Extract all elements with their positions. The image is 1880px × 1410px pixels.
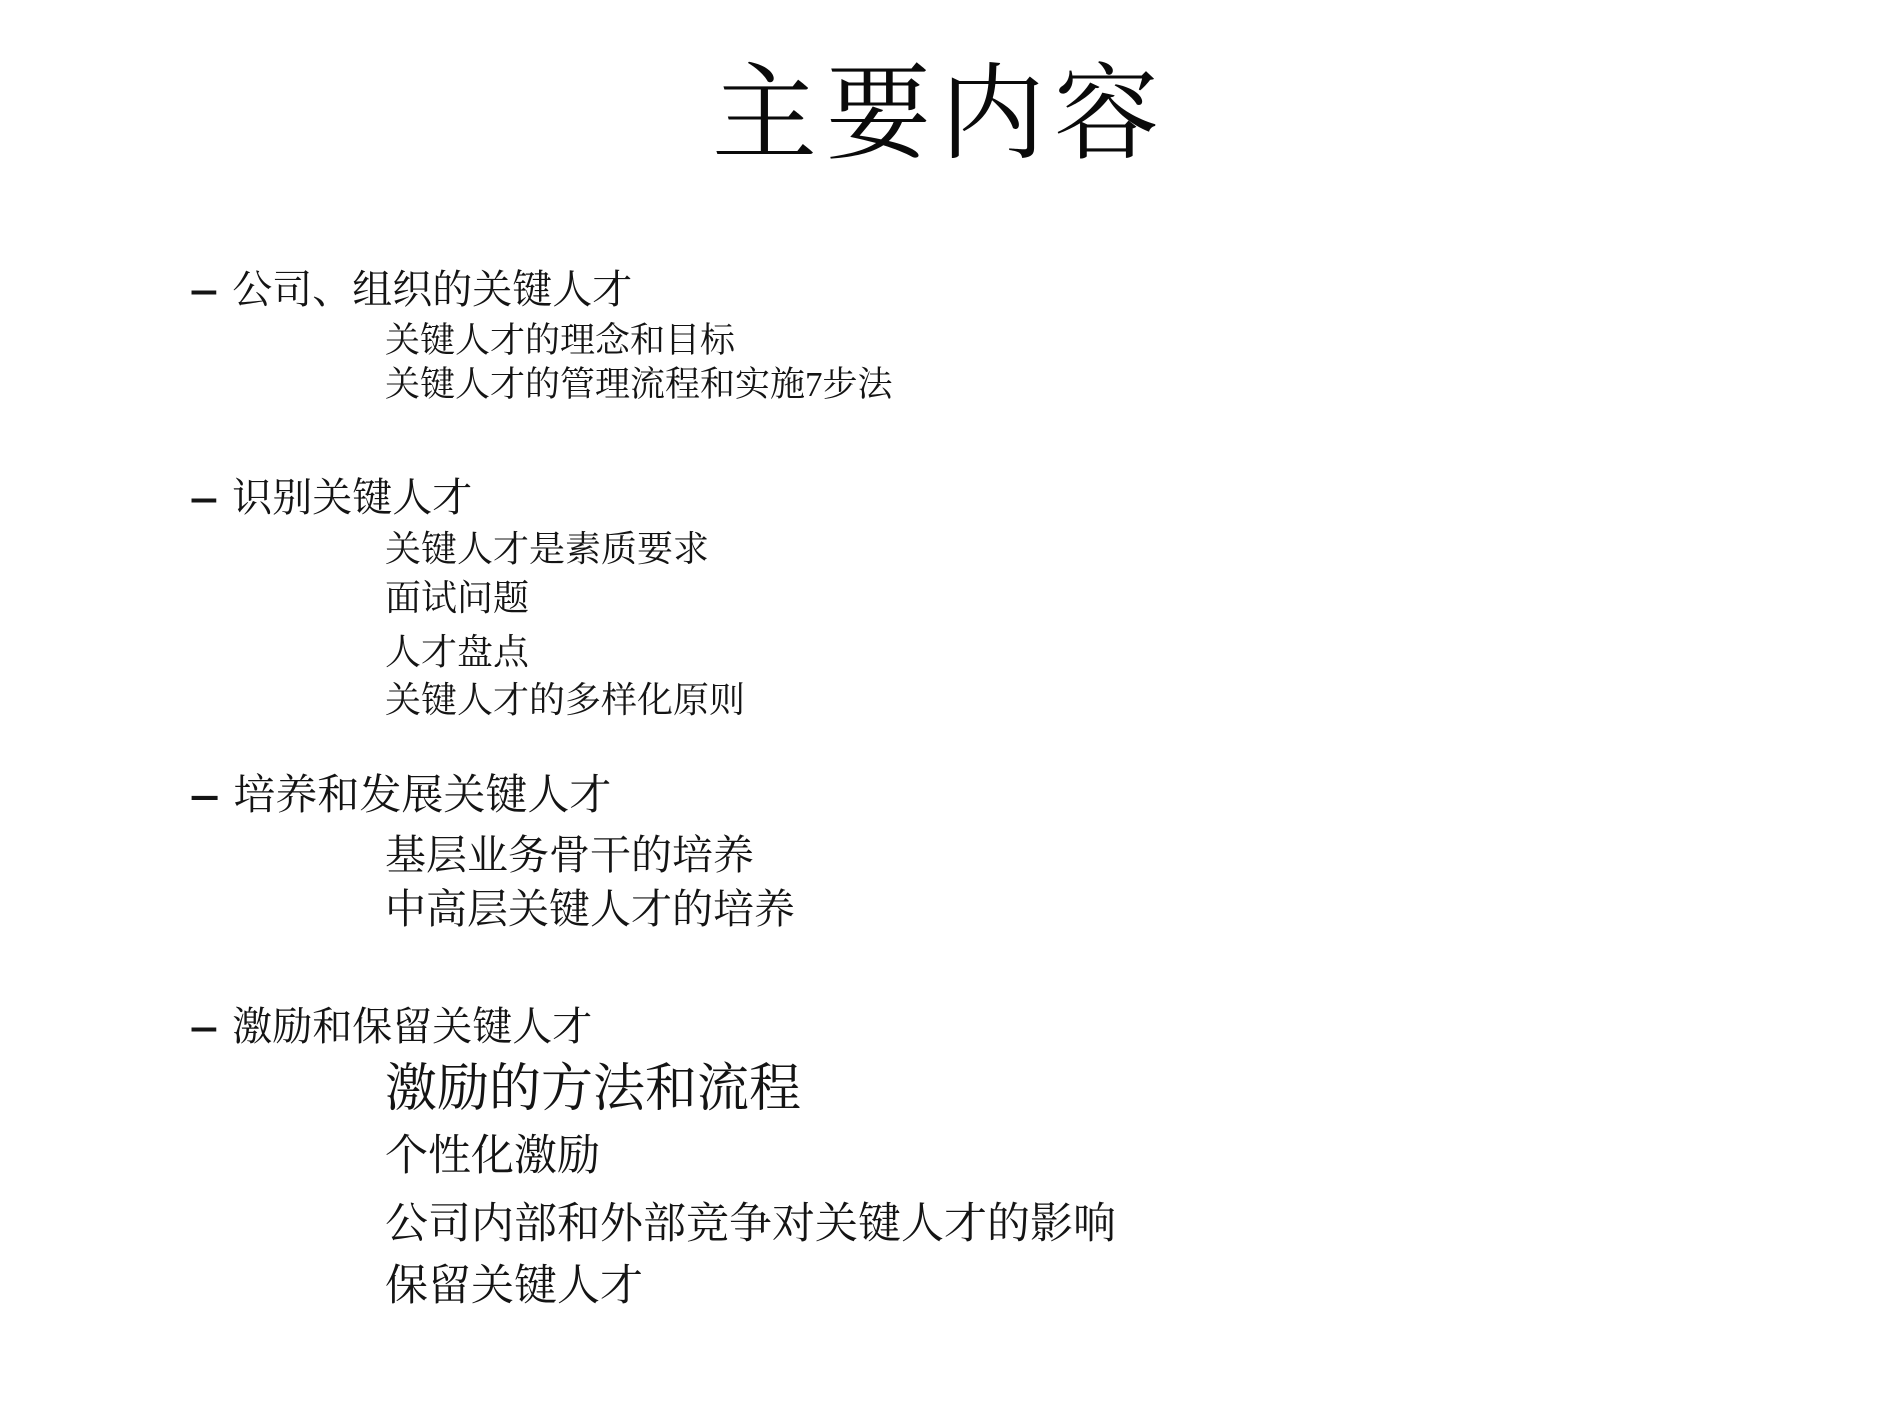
dash-bullet-icon: –: [190, 476, 218, 521]
section-header-text: 公司、组织的关键人才: [232, 267, 632, 312]
list-item: 个性化激励: [385, 1122, 600, 1183]
slide: 主要内容 –公司、组织的关键人才 关键人才的理念和目标 关键人才的管理流程和实施…: [0, 0, 1880, 1410]
list-item: 保留关键人才: [385, 1252, 643, 1313]
list-item: 基层业务骨干的培养: [385, 822, 754, 881]
list-item: 关键人才的理念和目标: [385, 313, 735, 363]
list-item: 面试问题: [385, 570, 529, 621]
section-header: –激励和保留关键人才: [190, 995, 592, 1052]
dash-bullet-icon: –: [190, 1005, 218, 1050]
section-header: –公司、组织的关键人才: [190, 258, 632, 315]
list-item: 关键人才的管理流程和实施7步法: [385, 357, 893, 407]
list-item: 人才盘点: [385, 624, 529, 675]
section-header: –培养和发展关键人才: [190, 762, 611, 822]
section-header-text: 培养和发展关键人才: [233, 773, 611, 819]
section-header: –识别关键人才: [190, 466, 472, 523]
section-header-text: 识别关键人才: [232, 475, 472, 520]
section-header-text: 激励和保留关键人才: [232, 1004, 592, 1049]
list-item: 公司内部和外部竞争对关键人才的影响: [385, 1190, 1116, 1251]
list-item: 关键人才是素质要求: [385, 521, 709, 572]
list-item: 激励的方法和流程: [385, 1046, 801, 1121]
list-item: 中高层关键人才的培养: [385, 876, 795, 935]
slide-title: 主要内容: [0, 30, 1880, 181]
list-item: 关键人才的多样化原则: [385, 672, 745, 723]
dash-bullet-icon: –: [190, 268, 218, 313]
dash-bullet-icon: –: [190, 771, 219, 819]
